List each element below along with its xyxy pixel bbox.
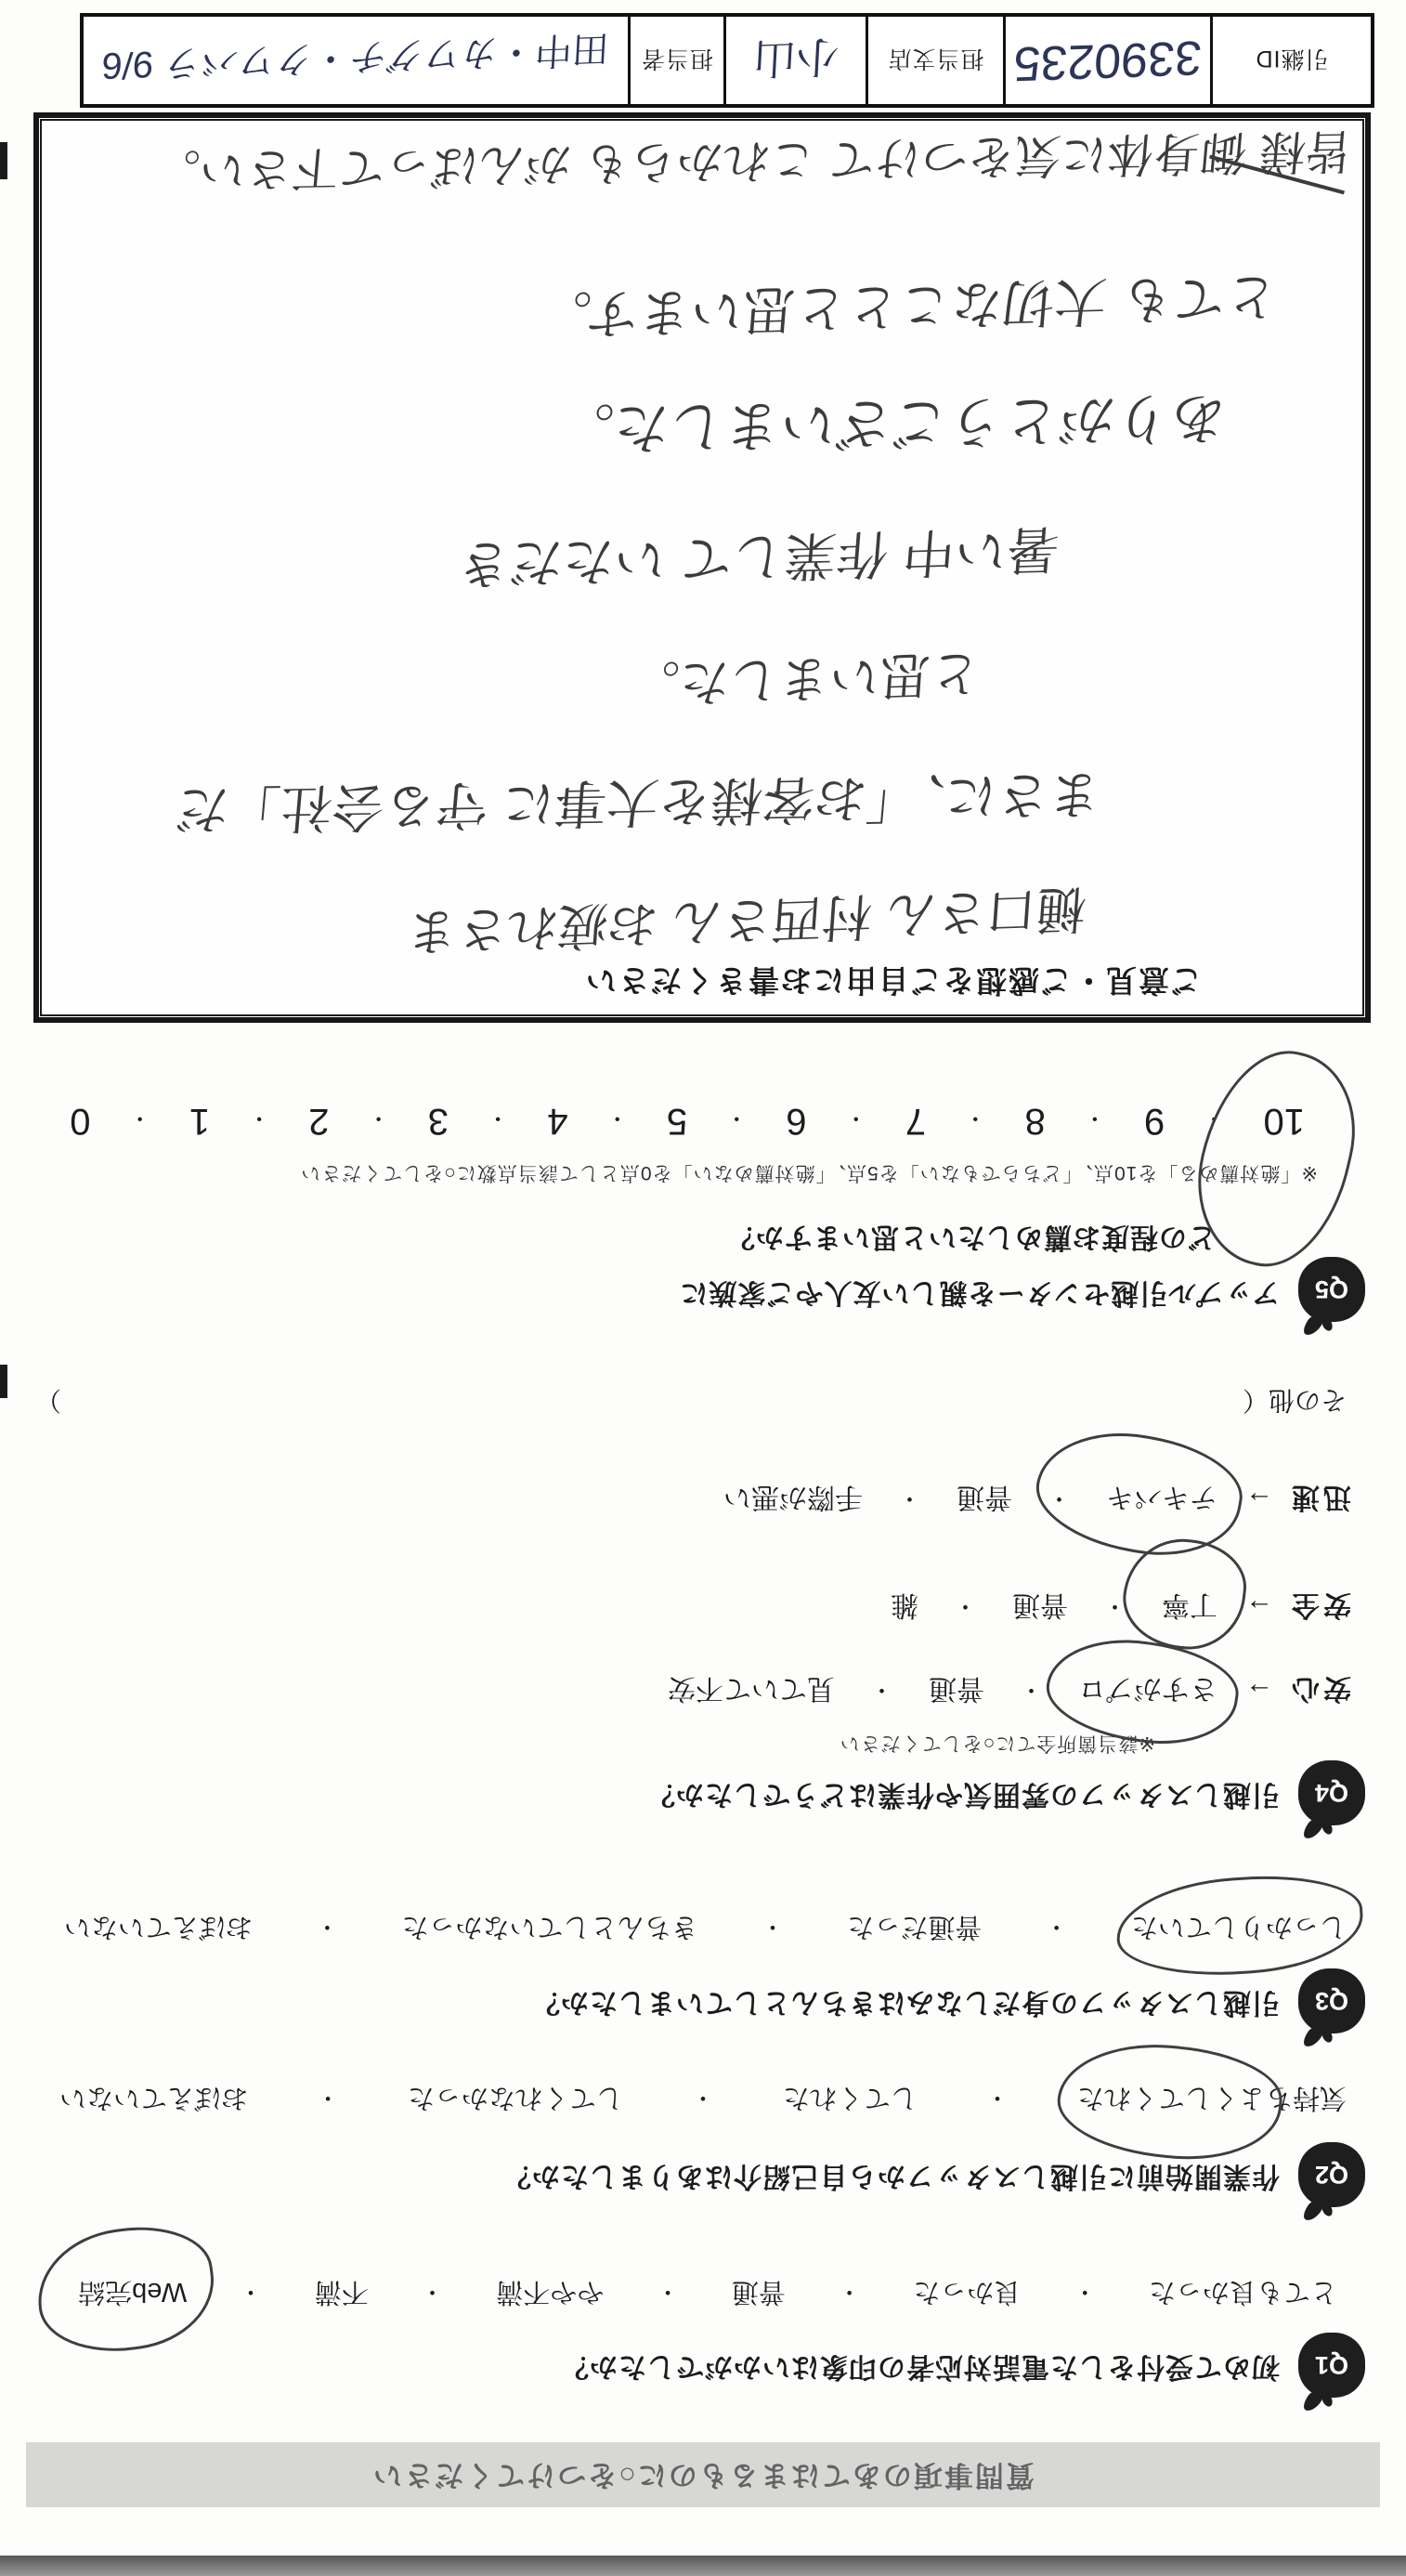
- scale-separator: ・: [129, 1105, 151, 1137]
- scale-value: 3: [428, 1100, 449, 1142]
- q4-option-label: テキパキ: [1106, 1482, 1217, 1512]
- q4-option: 普通: [929, 1671, 984, 1712]
- scale-value: 2: [308, 1100, 329, 1142]
- q5-note: ※「絶対薦める」を10点、「どちらでもない」を5点、「絶対薦めない」を0点として…: [300, 1160, 1318, 1188]
- q2-option-selected: 気持ちよくしてくれた: [1077, 2081, 1347, 2119]
- q1-badge: Q1: [1298, 2333, 1365, 2398]
- q1-option: やや不満: [496, 2275, 604, 2313]
- q4-note: ※該当箇所全てに○をしてください: [840, 1731, 1155, 1759]
- q1-option: 良かった: [913, 2275, 1021, 2313]
- option-separator: ・: [657, 2278, 680, 2311]
- branch-value-cell: 小山: [726, 17, 868, 104]
- q4-option: 見ていて不安: [668, 1671, 835, 1712]
- survey-page-rotated-180: 質問事項のあてはまるものに○をつけてください Q1 初めて受付をした電話対応者の…: [0, 0, 1406, 2576]
- q2-option: してくれた: [783, 2081, 918, 2119]
- branch-value-handwritten: 小山: [751, 28, 840, 92]
- q4-row-label: 安心: [1288, 1671, 1351, 1712]
- comment-box-header: ご意見・ご感想をご自由にお書きください: [584, 961, 1202, 1004]
- option-separator: ・: [692, 2084, 715, 2117]
- scale-value: 7: [905, 1100, 926, 1142]
- handover-id-label: 引継ID: [1213, 17, 1371, 104]
- q5-badge: Q5: [1298, 1257, 1365, 1322]
- q3-option: きちんとしていなかった: [402, 1910, 698, 1948]
- q4-option: 手際が悪い: [723, 1480, 863, 1521]
- scale-value-selected: 10: [1264, 1100, 1306, 1142]
- scan-edge-artifact: [0, 1365, 7, 1398]
- q3-badge: Q3: [1298, 1968, 1365, 2033]
- scale-separator: ・: [606, 1105, 629, 1137]
- option-separator: ・: [954, 1591, 977, 1625]
- option-separator: ・: [870, 1675, 893, 1708]
- handover-id-value-cell: 3390235: [1006, 17, 1213, 104]
- scale-separator: ・: [248, 1105, 270, 1137]
- q4-row-anzen: 安全 → 丁寧 ・ 普通 ・ 雑: [891, 1588, 1351, 1628]
- q2-badge: Q2: [1298, 2142, 1365, 2207]
- q1-question: 初めて受付をした電話対応者の印象はいかがでしたか？: [560, 2349, 1280, 2390]
- handwritten-comment-line: 暑い中 作業して いただき: [455, 515, 1061, 605]
- q4-row-anshin: 安心 → さすがプロ ・ 普通 ・ 見ていて不安: [668, 1671, 1351, 1712]
- q1-option: 普通: [732, 2275, 786, 2313]
- scan-edge-artifact: [0, 142, 7, 179]
- option-separator: ・: [1074, 2278, 1097, 2311]
- option-separator: ・: [762, 1913, 785, 1946]
- scale-value: 10: [1264, 1101, 1306, 1142]
- option-separator: ・: [317, 2084, 340, 2117]
- scanned-survey-screenshot: 質問事項のあてはまるものに○をつけてください Q1 初めて受付をした電話対応者の…: [0, 0, 1406, 2576]
- q2-option: してくれなかった: [408, 2081, 623, 2119]
- scale-separator: ・: [1203, 1105, 1225, 1137]
- q4-option: 普通: [957, 1480, 1012, 1521]
- q2-option: おぼえていない: [59, 2081, 248, 2119]
- option-separator: ・: [1048, 1484, 1071, 1517]
- q4-option-selected: さすがプロ: [1078, 1671, 1217, 1712]
- q5-question-line1: アップル引越センターを親しい友人やご家族に: [680, 1275, 1281, 1316]
- q4-option: 雑: [891, 1588, 918, 1628]
- scale-value: 0: [70, 1100, 90, 1142]
- option-separator: ・: [421, 2278, 444, 2311]
- branch-label: 担当支店: [868, 17, 1006, 104]
- arrow-icon: →: [1245, 1676, 1273, 1707]
- q3-question: 引越しスタッフの身だしなみはきちんとしていましたか？: [531, 1985, 1280, 2026]
- q2-question: 作業開始前に引越しスタッフから自己紹介はありましたか？: [502, 2159, 1280, 2200]
- q1-option-label: Web完結: [78, 2277, 187, 2307]
- scale-separator: ・: [1084, 1105, 1106, 1137]
- q3-option-label: しっかりしていた: [1131, 1912, 1347, 1942]
- q3-option: 普通だった: [847, 1910, 982, 1948]
- q3-options-row: しっかりしていた ・ 普通だった ・ きちんとしていなかった ・ おぼえていない: [64, 1910, 1347, 1948]
- q4-other-label: その他（: [1243, 1383, 1347, 1420]
- q4-option-label: さすがプロ: [1078, 1673, 1217, 1704]
- handover-id-table: 引継ID 3390235 担当支店 小山 担当者 田中・カワグチ・クワバラ 9/…: [80, 13, 1374, 108]
- arrow-icon: →: [1245, 1484, 1273, 1516]
- option-separator: ・: [1045, 1913, 1068, 1946]
- scale-value: 4: [547, 1100, 567, 1142]
- staff-value-cell: 田中・カワグチ・クワバラ 9/6: [84, 17, 631, 104]
- scale-value: 9: [1144, 1100, 1165, 1142]
- comment-box: ご意見・ご感想をご自由にお書きください 樋口さん 村西さん お疲れさま まさに、…: [33, 112, 1371, 1023]
- option-separator: ・: [1103, 1591, 1126, 1625]
- q4-row-label: 迅速: [1288, 1480, 1351, 1521]
- scale-separator: ・: [725, 1105, 748, 1137]
- scale-value: 6: [786, 1100, 806, 1142]
- handwritten-comment-line: と思いました。: [626, 640, 982, 724]
- q4-question: 引越しスタッフの雰囲気や作業はどうでしたか？: [646, 1777, 1280, 1818]
- scale-value: 8: [1024, 1100, 1045, 1142]
- q1-option: 不満: [315, 2275, 369, 2313]
- option-separator: ・: [316, 1913, 339, 1946]
- handover-id-value-handwritten: 3390235: [1012, 29, 1203, 91]
- q4-option-label: 丁寧: [1162, 1589, 1217, 1620]
- scale-separator: ・: [964, 1105, 986, 1137]
- q4-other-close-paren: ）: [35, 1383, 61, 1420]
- option-separator: ・: [239, 2278, 262, 2311]
- scale-separator: ・: [845, 1105, 867, 1137]
- q4-option-selected: 丁寧: [1162, 1588, 1217, 1628]
- scan-edge-strip: [0, 2556, 1406, 2576]
- form-title-bar: 質問事項のあてはまるものに○をつけてください: [26, 2442, 1380, 2507]
- scale-separator: ・: [368, 1105, 390, 1137]
- staff-value-handwritten: 田中・カワグチ・クワバラ 9/6: [100, 25, 610, 96]
- q4-option: 普通: [1012, 1588, 1068, 1628]
- q4-badge: Q4: [1298, 1760, 1365, 1825]
- option-separator: ・: [898, 1484, 921, 1517]
- q3-option-selected: しっかりしていた: [1131, 1910, 1347, 1948]
- q1-option: とても良かった: [1149, 2275, 1337, 2313]
- q4-row-label: 安全: [1288, 1588, 1351, 1628]
- scale-separator: ・: [487, 1105, 509, 1137]
- scale-value: 1: [189, 1100, 210, 1142]
- q5-question-line2: どの程度お薦めしたいと思いますか？: [726, 1220, 1216, 1261]
- q1-option-selected: Web完結: [78, 2275, 187, 2313]
- q1-options-row: とても良かった ・ 良かった ・ 普通 ・ やや不満 ・ 不満 ・ Web完結: [78, 2275, 1337, 2313]
- arrow-icon: →: [1245, 1592, 1273, 1624]
- option-separator: ・: [838, 2278, 861, 2311]
- option-separator: ・: [1020, 1675, 1043, 1708]
- handwritten-comment-line: ありがとうございました。: [553, 382, 1229, 474]
- q5-rating-scale: 10 ・ 9 ・ 8 ・ 7 ・ 6 ・ 5 ・ 4 ・ 3 ・ 2 ・ 1 ・…: [70, 1100, 1305, 1142]
- q4-row-jinsoku: 迅速 → テキパキ ・ 普通 ・ 手際が悪い: [723, 1480, 1351, 1521]
- q2-option-label: 気持ちよくしてくれた: [1077, 2083, 1347, 2112]
- q2-options-row: 気持ちよくしてくれた ・ してくれた ・ してくれなかった ・ おぼえていない: [59, 2081, 1347, 2119]
- option-separator: ・: [986, 2084, 1009, 2117]
- q3-option: おぼえていない: [64, 1910, 253, 1948]
- q4-option-selected: テキパキ: [1106, 1480, 1217, 1521]
- scale-value: 5: [667, 1100, 687, 1142]
- staff-label: 担当者: [631, 17, 726, 104]
